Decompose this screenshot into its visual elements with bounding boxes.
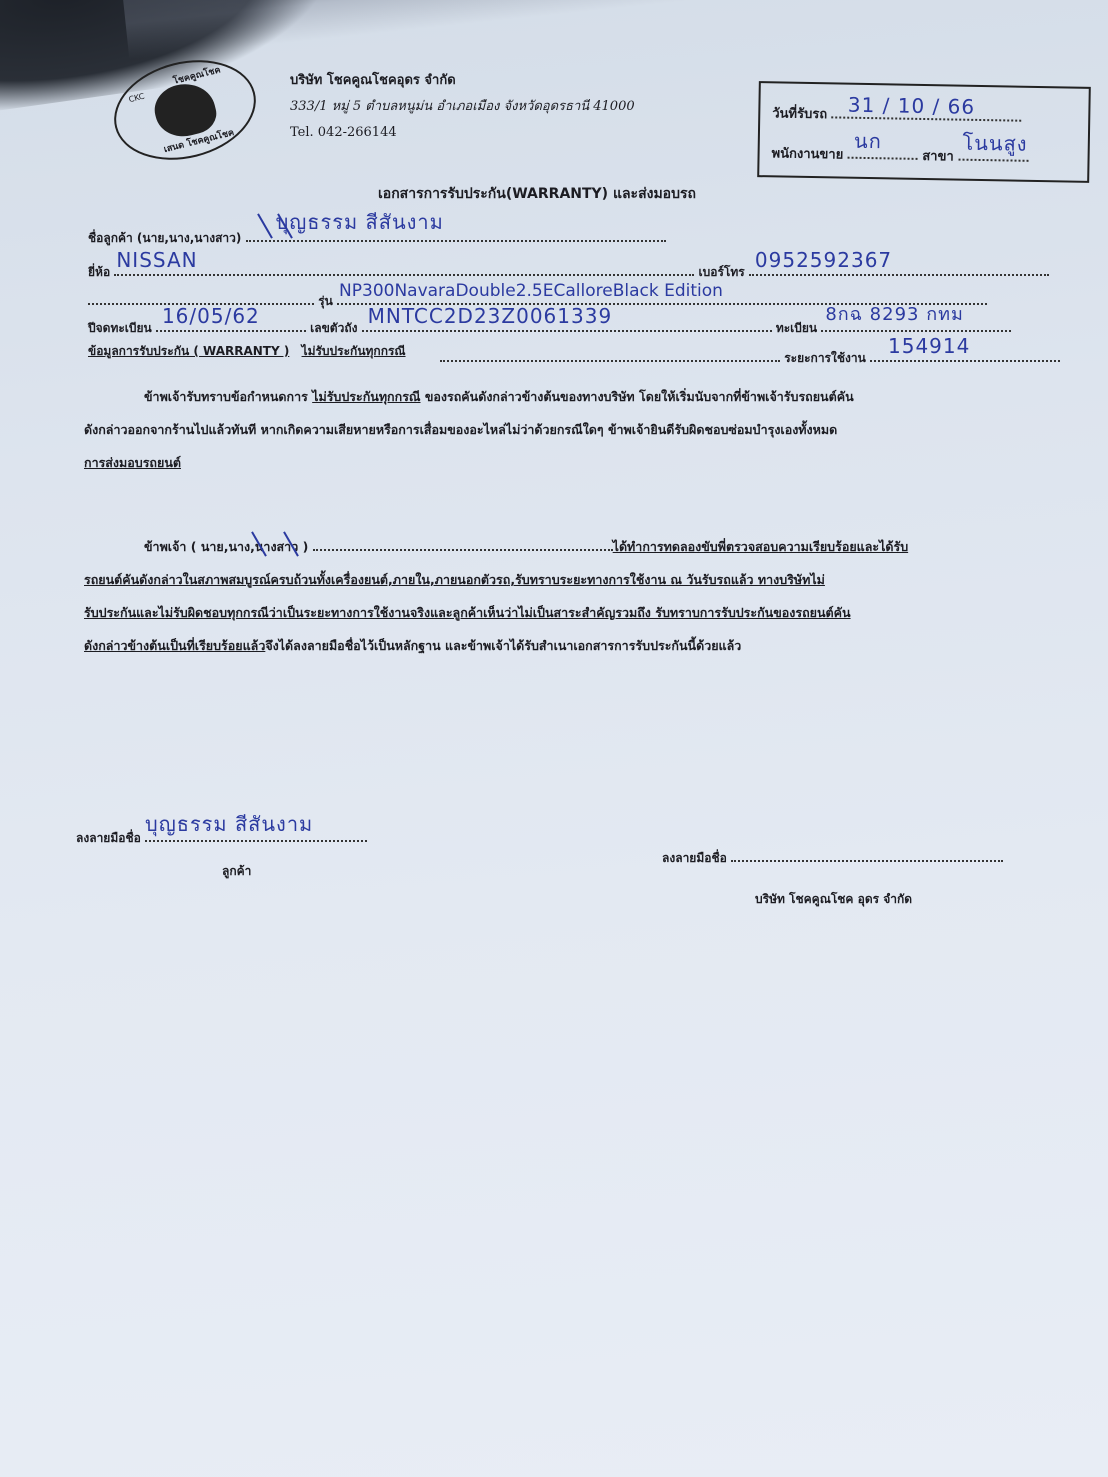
registration-date-label: ปีจดทะเบียน (88, 321, 152, 335)
company-header: บริษัท โชคคูณโชคอุดร จำกัด 333/1 หมู่ 5 … (290, 68, 635, 146)
paragraph2-text: รับประกันและไม่รับผิดชอบทุกกรณีว่าเป็นระ… (84, 596, 908, 629)
receipt-info-box: วันที่รับรถ 31 / 10 / 66 พนักงานขาย นก ส… (757, 81, 1091, 183)
plate-value: 8กฉ 8293 กทม (825, 299, 964, 328)
logo-caption-left: CKC (128, 92, 146, 105)
warranty-info-value: ไม่รับประกันทุกกรณี (302, 344, 406, 358)
paragraph2-text: ดังกล่าวข้างต้นเป็นที่เรียบร้อยแล้ว (84, 638, 265, 653)
logo-caption-top: โชคคูณโชค (172, 62, 222, 87)
delivery-heading: การส่งมอบรถยนต์ (84, 446, 854, 479)
company-signature-field: ลงลายมือชื่อ (662, 846, 1003, 868)
mileage-field: ระยะการใช้งาน 154914 (440, 342, 1060, 368)
received-date-value: 31 / 10 / 66 (848, 93, 976, 119)
customer-name-field: ชื่อลูกค้า (นาย,นาง,นางสาว) บุญธรรม สีสั… (88, 222, 666, 248)
customer-name-label: ชื่อลูกค้า (นาย,นาง,นางสาว) (88, 231, 241, 245)
mileage-value: 154914 (888, 334, 970, 358)
warranty-info-field: ข้อมูลการรับประกัน ( WARRANTY ) ไม่รับปร… (88, 342, 406, 361)
salesperson-value: นก (854, 125, 882, 157)
phone-value: 0952592367 (755, 248, 892, 272)
paragraph2-text: จึงได้ลงลายมือชื่อไว้เป็นหลักฐาน และข้าพ… (265, 638, 741, 653)
warranty-info-label: ข้อมูลการรับประกัน ( WARRANTY ) (88, 344, 289, 358)
brand-value: NISSAN (116, 248, 197, 272)
mileage-label: ระยะการใช้งาน (784, 351, 866, 365)
company-seal-logo: CKC โชคคูณโชค เสนด โชคคูณโชค (104, 46, 267, 174)
chassis-label: เลขตัวถัง (310, 321, 357, 335)
paragraph1-text: ของรถคันดังกล่าวข้างต้นของทางบริษัท โดยใ… (421, 389, 854, 404)
company-signature-label: ลงลายมือชื่อ (662, 851, 727, 865)
customer-signature-value: บุญธรรม สีสันงาม (145, 808, 313, 840)
branch-value: โนนสูง (962, 127, 1028, 160)
acknowledgement-paragraph: ข้าพเจ้ารับทราบข้อกำหนดการ ไม่รับประกันท… (84, 380, 854, 479)
received-date-label: วันที่รับรถ (772, 106, 827, 122)
plate-label: ทะเบียน (776, 321, 817, 335)
company-tel: Tel. 042-266144 (290, 120, 635, 146)
company-name: บริษัท โชคคูณโชคอุดร จำกัด (290, 68, 635, 94)
chassis-value: MNTCC2D23Z0061339 (368, 304, 613, 328)
salesperson-label: พนักงานขาย (771, 146, 843, 162)
customer-name-value: บุญธรรม สีสันงาม (276, 206, 444, 238)
paragraph2-text: รถยนต์คันดังกล่าวในสภาพสมบูรณ์ครบถ้วนทั้… (84, 563, 908, 596)
document-title: เอกสารการรับประกัน(WARRANTY) และส่งมอบรถ (378, 183, 696, 205)
company-address: 333/1 หมู่ 5 ตำบลหนูม่น อำเภอเมือง จังหว… (290, 94, 635, 120)
registration-date-value: 16/05/62 (162, 304, 260, 328)
customer-role: ลูกค้า (222, 862, 251, 881)
branch-label: สาขา (922, 149, 954, 165)
warranty-document: CKC โชคคูณโชค เสนด โชคคูณโชค บริษัท โชคค… (0, 0, 1108, 1477)
no-warranty-emphasis: ไม่รับประกันทุกกรณี (312, 389, 420, 404)
brand-field: ยี่ห้อ NISSAN เบอร์โทร 0952592367 (88, 256, 1049, 282)
phone-label: เบอร์โทร (699, 265, 745, 279)
model-label: รุ่น (318, 294, 333, 308)
paragraph2-text: ได้ทำการทดลองขับพี่ตรวจสอบความเรียบร้อยแ… (613, 539, 908, 554)
model-value: NP300NavaraDouble2.5ECalloreBlack Editio… (339, 281, 723, 301)
paragraph1-text: ดังกล่าวออกจากร้านไปแล้วทันที หากเกิดควา… (84, 413, 854, 446)
customer-signature-field: ลงลายมือชื่อ บุญธรรม สีสันงาม (76, 822, 367, 848)
paragraph2-text: ข้าพเจ้า ( นาย,นาง,นางสาว ) (144, 539, 308, 554)
brand-label: ยี่ห้อ (88, 265, 110, 279)
company-role: บริษัท โชคคูณโชค อุดร จำกัด (755, 890, 912, 909)
delivery-paragraph: ข้าพเจ้า ( นาย,นาง,นางสาว ) ได้ทำการทดลอ… (84, 530, 908, 662)
paragraph1-text: ข้าพเจ้ารับทราบข้อกำหนดการ (144, 389, 312, 404)
registration-field: ปีจดทะเบียน 16/05/62 เลขตัวถัง MNTCC2D23… (88, 312, 1011, 338)
customer-signature-label: ลงลายมือชื่อ (76, 831, 141, 845)
